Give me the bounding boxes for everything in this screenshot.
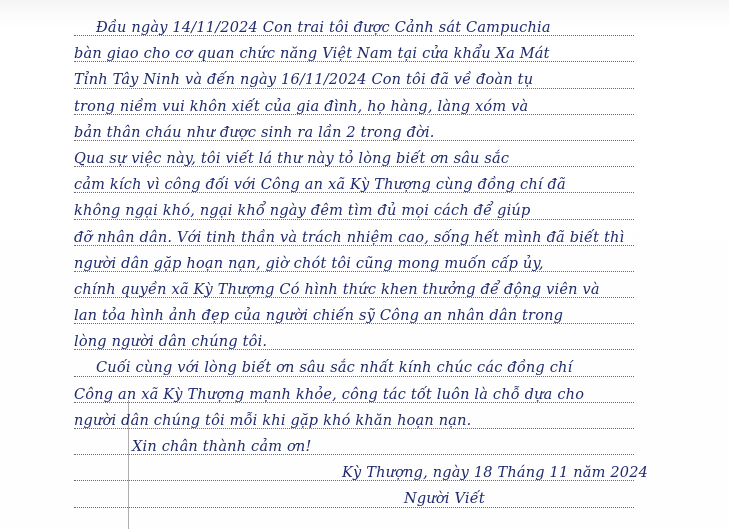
letter-line: Đầu ngày 14/11/2024 Con trai tôi được Cả… [74,15,634,41]
letter-line: Xin chân thành cảm ơn! [74,434,634,460]
letter-line-text: trong niềm vui khôn xiết của gia đình, h… [74,99,528,115]
letter-line: lan tỏa hình ảnh đẹp của người chiến sỹ … [74,303,634,329]
letter-line: chính quyền xã Kỳ Thượng Có hình thức kh… [74,277,634,303]
letter-line: trong niềm vui khôn xiết của gia đình, h… [74,94,634,120]
letter-line: không ngại khó, ngại khổ ngày đêm tìm đủ… [74,198,634,224]
letter-line-text: Công an xã Kỳ Thượng mạnh khỏe, công tác… [74,387,584,403]
letter-line-text: Qua sự việc này, tôi viết lá thư này tỏ … [74,151,509,167]
letter-line-text: đỡ nhân dân. Với tinh thần và trách nhiệ… [74,230,624,246]
letter-line-text: cảm kích vì công đối với Công an xã Kỳ T… [74,177,566,193]
letter-line: bàn giao cho cơ quan chức năng Việt Nam … [74,41,634,67]
letter-line-text: bàn giao cho cơ quan chức năng Việt Nam … [74,46,550,62]
letter-line-text: Cuối cùng với lòng biết ơn sâu sắc nhất … [96,360,572,376]
letter-line: người dân gặp hoạn nạn, giờ chót tôi cũn… [74,251,634,277]
letter-line: Kỳ Thượng, ngày 18 Tháng 11 năm 2024 [74,460,634,486]
letter-line-text: chính quyền xã Kỳ Thượng Có hình thức kh… [74,282,600,298]
letter-line: Công an xã Kỳ Thượng mạnh khỏe, công tác… [74,382,634,408]
letter-line: cảm kích vì công đối với Công an xã Kỳ T… [74,172,634,198]
letter-line: Cuối cùng với lòng biết ơn sâu sắc nhất … [74,355,634,381]
letter-line-text: Tỉnh Tây Ninh và đến ngày 16/11/2024 Con… [74,72,533,88]
letter-page: Đầu ngày 14/11/2024 Con trai tôi được Cả… [0,0,729,529]
thank-you-text: Xin chân thành cảm ơn! [132,439,311,455]
letter-line-text: lòng người dân chúng tôi. [74,334,267,350]
letter-line-text: bản thân cháu như được sinh ra lần 2 tro… [74,125,435,141]
letter-line: đỡ nhân dân. Với tinh thần và trách nhiệ… [74,225,634,251]
letter-body: Đầu ngày 14/11/2024 Con trai tôi được Cả… [74,15,634,513]
letter-line-text: Đầu ngày 14/11/2024 Con trai tôi được Cả… [96,20,551,36]
letter-line: bản thân cháu như được sinh ra lần 2 tro… [74,120,634,146]
letter-line-text: lan tỏa hình ảnh đẹp của người chiến sỹ … [74,308,563,324]
place-date: Kỳ Thượng, ngày 18 Tháng 11 năm 2024 [342,465,648,481]
letter-line-text: người dân chúng tôi mỗi khi gặp khó khăn… [74,413,471,429]
letter-line: người dân chúng tôi mỗi khi gặp khó khăn… [74,408,634,434]
letter-line-text: người dân gặp hoạn nạn, giờ chót tôi cũn… [74,256,544,272]
letter-line: Người Viết [74,486,634,512]
letter-line: Qua sự việc này, tôi viết lá thư này tỏ … [74,146,634,172]
letter-line: lòng người dân chúng tôi. [74,329,634,355]
letter-line-text: không ngại khó, ngại khổ ngày đêm tìm đủ… [74,203,530,219]
letter-line: Tỉnh Tây Ninh và đến ngày 16/11/2024 Con… [74,67,634,93]
signature-label: Người Viết [404,491,485,507]
